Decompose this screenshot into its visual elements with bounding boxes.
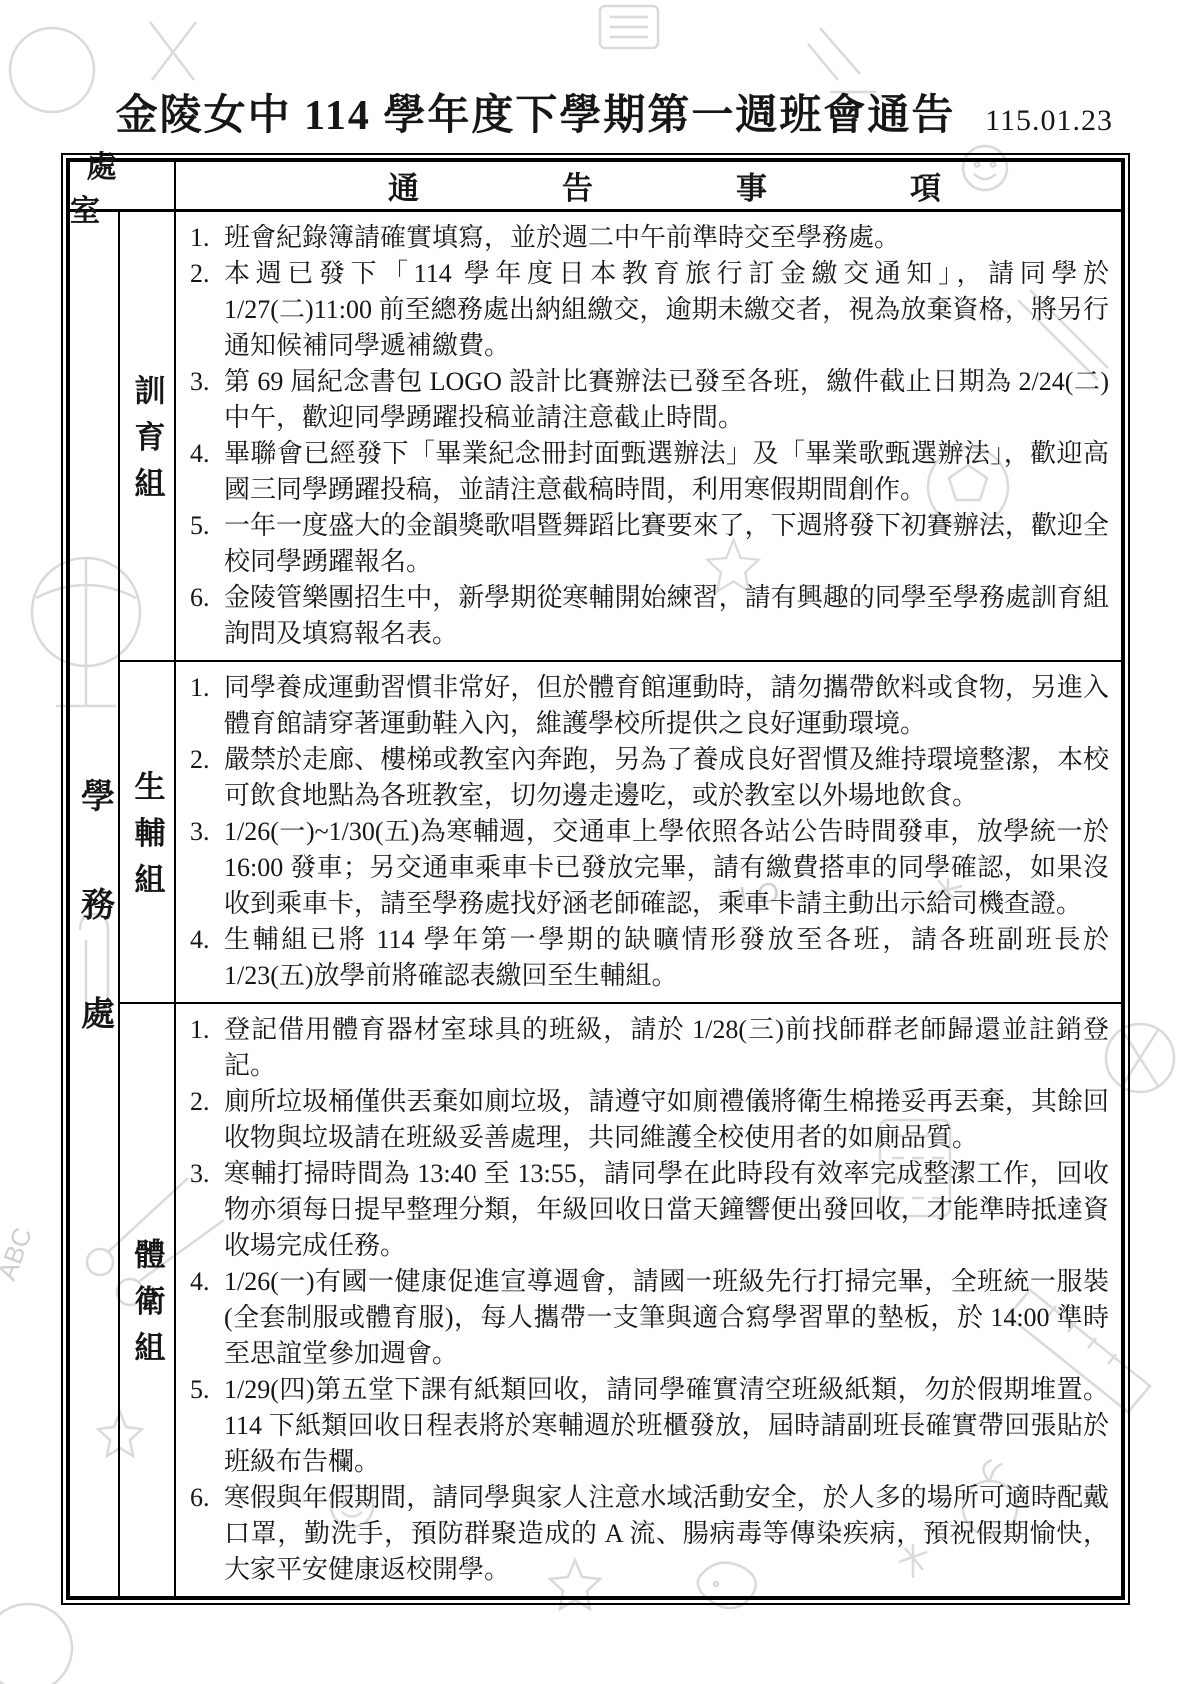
item-number: 2. (190, 256, 224, 364)
announcement-item: 2. 本週已發下「114 學年度日本教育旅行訂金繳交通知」，請同學於 1/27(… (190, 256, 1109, 364)
section-label-text: 生輔組 (125, 770, 170, 910)
section-label-shengfu: 生輔組 (120, 662, 176, 1004)
item-text: 嚴禁於走廊、樓梯或教室內奔跑，另為了養成良好習慣及維持環境整潔，本校可飲食地點為… (224, 742, 1109, 814)
item-text: 同學養成運動習慣非常好，但於體育館運動時，請勿攜帶飲料或食物，另進入體育館請穿著… (224, 670, 1109, 742)
item-text: 登記借用體育器材室球具的班級，請於 1/28(三)前找師群老師歸還並註銷登記。 (224, 1012, 1109, 1084)
section-label-text: 訓育組 (125, 374, 170, 514)
header-char: 告 (562, 163, 593, 208)
item-number: 2. (190, 742, 224, 814)
item-text: 1/26(一)有國一健康促進宣導週會，請國一班級先行打掃完畢，全班統一服裝(全套… (224, 1264, 1109, 1372)
header-char: 項 (910, 163, 941, 208)
section-label-text: 體衛組 (125, 1238, 170, 1378)
announcement-item: 5. 1/29(四)第五堂下課有紙類回收，請同學確實清空班級紙類，勿於假期堆置。… (190, 1372, 1109, 1480)
section-content-tiwei: 1. 登記借用體育器材室球具的班級，請於 1/28(三)前找師群老師歸還並註銷登… (176, 1004, 1121, 1596)
item-text: 1/26(一)~1/30(五)為寒輔週，交通車上學依照各站公告時間發車，放學統一… (224, 814, 1109, 922)
item-text: 生輔組已將 114 學年第一學期的缺曠情形發放至各班，請各班副班長於 1/23(… (224, 922, 1109, 994)
announcement-page: 金陵女中 114 學年度下學期第一週班會通告 115.01.23 處室 通 告 … (0, 0, 1191, 1600)
item-text: 班會紀錄簿請確實填寫，並於週二中午前準時交至學務處。 (224, 220, 1109, 256)
item-number: 1. (190, 220, 224, 256)
item-text: 一年一度盛大的金韻獎歌唱暨舞蹈比賽要來了，下週將發下初賽辦法，歡迎全校同學踴躍報… (224, 508, 1109, 580)
announcement-item: 4. 畢聯會已經發下「畢業紀念冊封面甄選辦法」及「畢業歌甄選辦法」，歡迎高國三同… (190, 436, 1109, 508)
office-group-label: 學務處 (70, 778, 119, 1104)
item-text: 本週已發下「114 學年度日本教育旅行訂金繳交通知」，請同學於 1/27(二)1… (224, 256, 1109, 364)
announcement-item: 3. 寒輔打掃時間為 13:40 至 13:55，請同學在此時段有效率完成整潔工… (190, 1156, 1109, 1264)
item-text: 金陵管樂團招生中，新學期從寒輔開始練習，請有興趣的同學至學務處訓育組詢問及填寫報… (224, 580, 1109, 652)
announcement-item: 6. 寒假與年假期間，請同學與家人注意水域活動安全，於人多的場所可適時配戴口罩，… (190, 1480, 1109, 1588)
item-text: 寒輔打掃時間為 13:40 至 13:55，請同學在此時段有效率完成整潔工作，回… (224, 1156, 1109, 1264)
item-number: 4. (190, 436, 224, 508)
page-title: 金陵女中 114 學年度下學期第一週班會通告 (116, 82, 956, 142)
item-number: 3. (190, 364, 224, 436)
item-number: 1. (190, 1012, 224, 1084)
item-number: 3. (190, 814, 224, 922)
announcement-item: 3. 第 69 屆紀念書包 LOGO 設計比賽辦法已發至各班，繳件截止日期為 2… (190, 364, 1109, 436)
item-number: 5. (190, 1372, 224, 1480)
announcement-item: 1. 登記借用體育器材室球具的班級，請於 1/28(三)前找師群老師歸還並註銷登… (190, 1012, 1109, 1084)
item-text: 寒假與年假期間，請同學與家人注意水域活動安全，於人多的場所可適時配戴口罩，勤洗手… (224, 1480, 1109, 1588)
announcement-item: 2. 嚴禁於走廊、樓梯或教室內奔跑，另為了養成良好習慣及維持環境整潔，本校可飲食… (190, 742, 1109, 814)
section-label-tiwei: 體衛組 (120, 1004, 176, 1596)
item-text: 廁所垃圾桶僅供丟棄如廁垃圾，請遵守如廁禮儀將衛生棉捲妥再丟棄，其餘回收物與垃圾請… (224, 1084, 1109, 1156)
announcement-item: 3. 1/26(一)~1/30(五)為寒輔週，交通車上學依照各站公告時間發車，放… (190, 814, 1109, 922)
section-label-xunyu: 訓育組 (120, 212, 176, 662)
header-char: 通 (388, 163, 419, 208)
announcement-item: 2. 廁所垃圾桶僅供丟棄如廁垃圾，請遵守如廁禮儀將衛生棉捲妥再丟棄，其餘回收物與… (190, 1084, 1109, 1156)
item-number: 4. (190, 1264, 224, 1372)
announcement-item: 4. 1/26(一)有國一健康促進宣導週會，請國一班級先行打掃完畢，全班統一服裝… (190, 1264, 1109, 1372)
item-number: 5. (190, 508, 224, 580)
document-date: 115.01.23 (985, 104, 1113, 138)
title-row: 金陵女中 114 學年度下學期第一週班會通告 115.01.23 (0, 72, 1191, 142)
header-office-column: 處室 (70, 162, 176, 212)
announcement-item: 6. 金陵管樂團招生中，新學期從寒輔開始練習，請有興趣的同學至學務處訓育組詢問及… (190, 580, 1109, 652)
announcement-table: 處室 通 告 事 項 學務處 訓育組 1. 班會紀錄簿請確實填寫，並於週二中午前… (66, 158, 1125, 1600)
announcement-item: 5. 一年一度盛大的金韻獎歌唱暨舞蹈比賽要來了，下週將發下初賽辦法，歡迎全校同學… (190, 508, 1109, 580)
office-group-cell: 學務處 (70, 212, 120, 1596)
item-number: 1. (190, 670, 224, 742)
header-items-column: 通 告 事 項 (176, 162, 1121, 212)
announcement-item: 4. 生輔組已將 114 學年第一學期的缺曠情形發放至各班，請各班副班長於 1/… (190, 922, 1109, 994)
item-number: 3. (190, 1156, 224, 1264)
announcement-item: 1. 班會紀錄簿請確實填寫，並於週二中午前準時交至學務處。 (190, 220, 1109, 256)
item-text: 1/29(四)第五堂下課有紙類回收，請同學確實清空班級紙類，勿於假期堆置。114… (224, 1372, 1109, 1480)
section-content-shengfu: 1. 同學養成運動習慣非常好，但於體育館運動時，請勿攜帶飲料或食物，另進入體育館… (176, 662, 1121, 1004)
item-text: 第 69 屆紀念書包 LOGO 設計比賽辦法已發至各班，繳件截止日期為 2/24… (224, 364, 1109, 436)
header-char: 事 (736, 163, 767, 208)
item-number: 6. (190, 1480, 224, 1588)
announcement-item: 1. 同學養成運動習慣非常好，但於體育館運動時，請勿攜帶飲料或食物，另進入體育館… (190, 670, 1109, 742)
section-content-xunyu: 1. 班會紀錄簿請確實填寫，並於週二中午前準時交至學務處。 2. 本週已發下「1… (176, 212, 1121, 662)
item-number: 4. (190, 922, 224, 994)
item-number: 6. (190, 580, 224, 652)
item-number: 2. (190, 1084, 224, 1156)
item-text: 畢聯會已經發下「畢業紀念冊封面甄選辦法」及「畢業歌甄選辦法」，歡迎高國三同學踴躍… (224, 436, 1109, 508)
